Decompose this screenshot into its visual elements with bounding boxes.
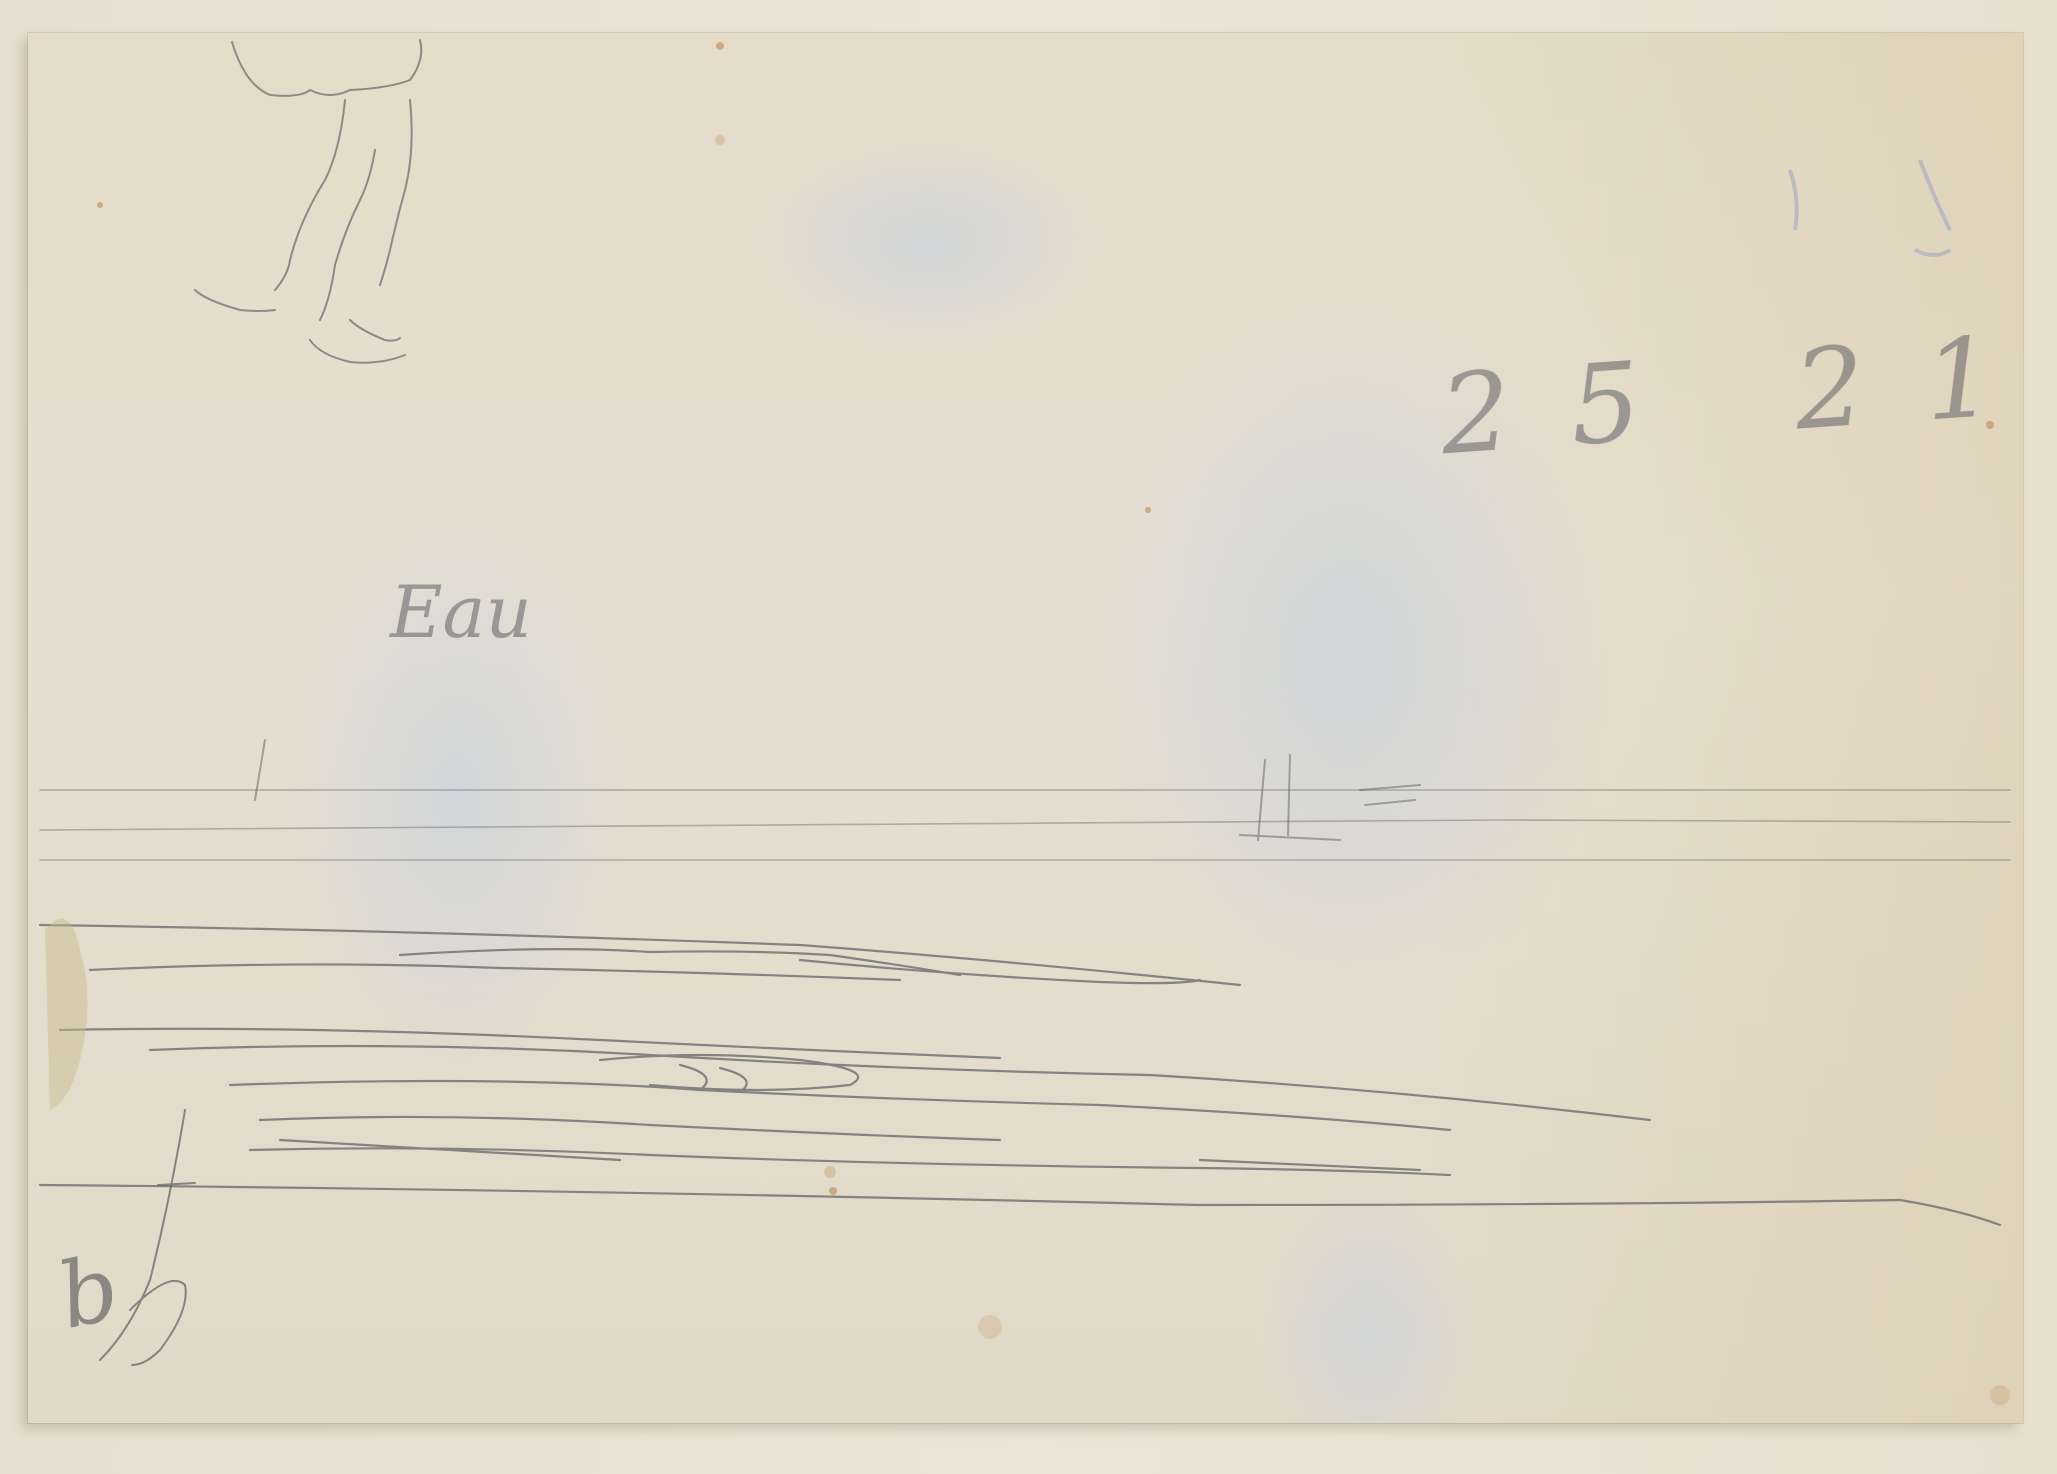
figure-legs-sketch [195,40,421,363]
shoreline-sketch [40,925,2000,1225]
pencil-drawing [0,0,2057,1474]
inscription-word: Eau [390,570,532,654]
horizon-lines [40,790,2010,860]
blue-marks [1790,160,1950,255]
stain [45,919,88,1110]
